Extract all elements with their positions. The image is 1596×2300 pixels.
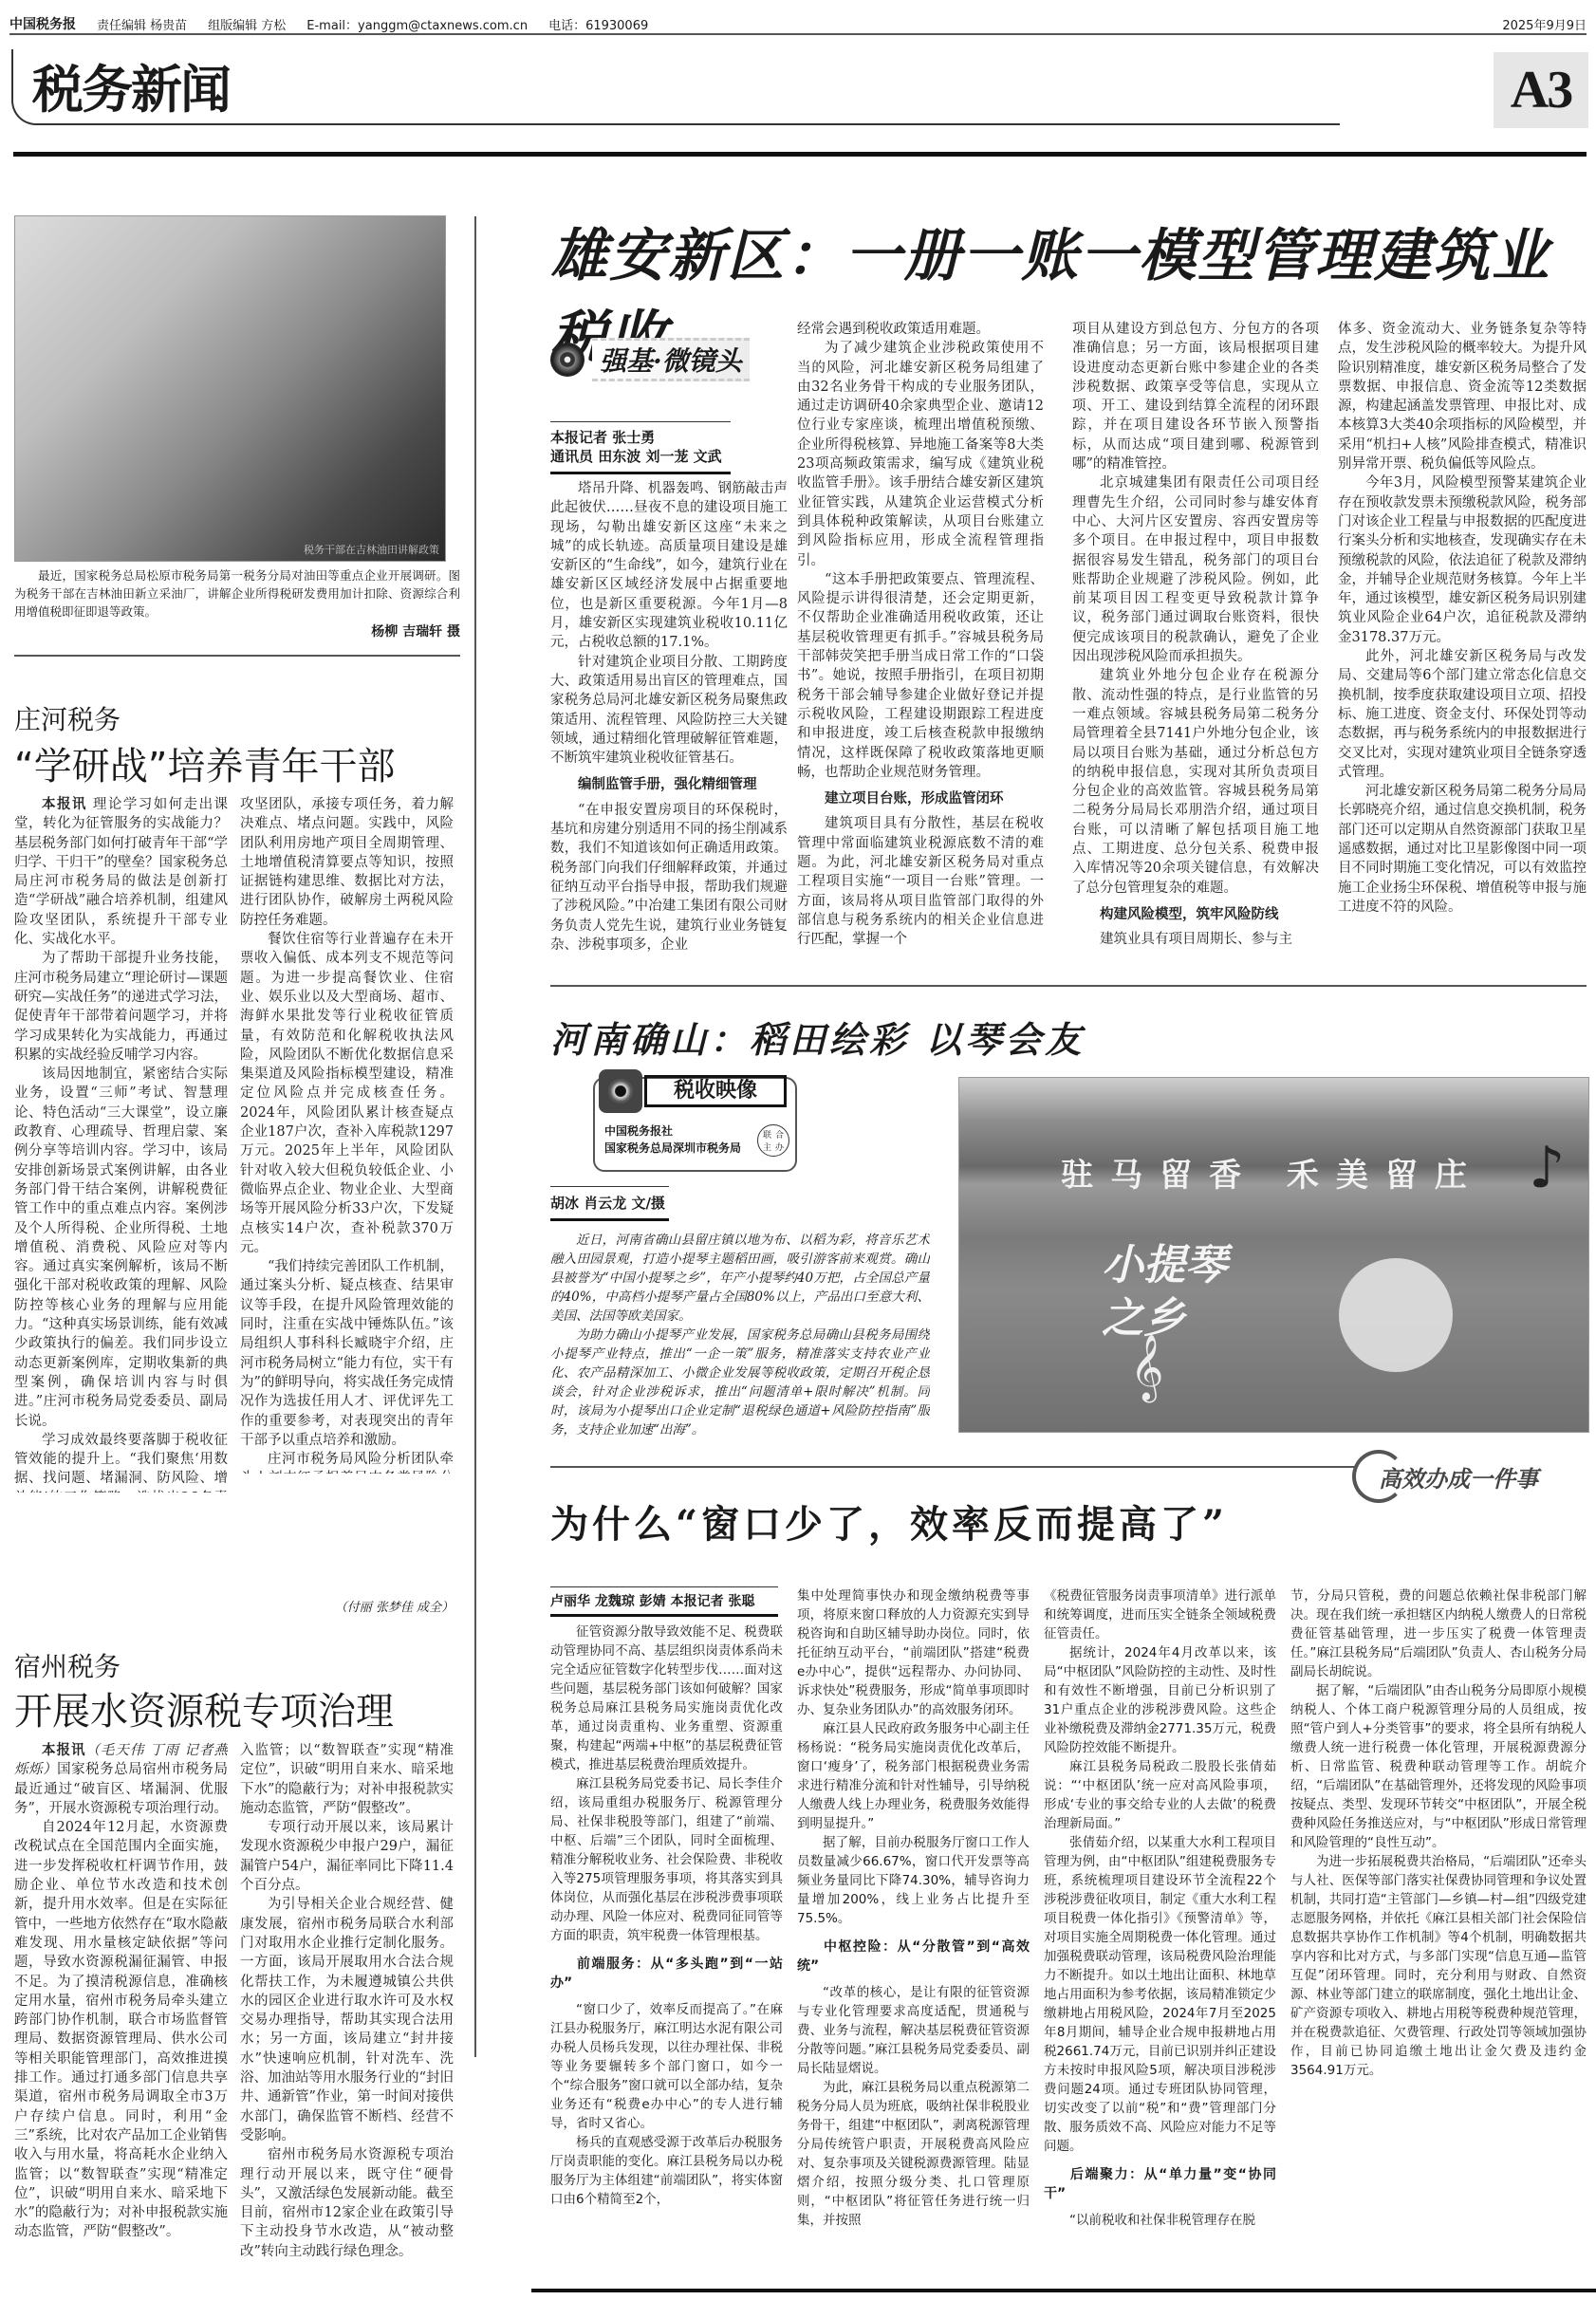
subhead: 构建风险模型，筑牢风险防线	[1072, 905, 1319, 924]
suzhou-col-1: 本报讯（毛天伟 丁雨 记者燕烁烁）国家税务总局宿州市税务局最近通过“破盲区、堵漏…	[14, 1741, 228, 2287]
photo-violin-rice-field: 驻马留香 禾美留庄 小提琴之乡 ♪ 𝄞	[958, 1077, 1589, 1433]
henan-body: 近日，河南省确山县留庄镇以地为布、以稻为彩，将音乐艺术融入田园景观，打造小提琴主…	[550, 1231, 930, 1449]
divider	[550, 1466, 1357, 1468]
article-headline-xiongan[interactable]: 雄安新区：一册一账一模型管理建筑业税收	[550, 211, 1594, 292]
music-note-icon: ♪	[1529, 1135, 1565, 1201]
article-kicker-suzhou: 宿州税务	[14, 1646, 121, 1684]
xiongan-col-2: 经常会遇到税收政策适用难题。 为了减少建筑企业涉税政策使用不当的风险，河北雄安新…	[797, 320, 1044, 973]
column-logo-shuishou-yingxiang: 税收映像 中国税务报社 国家税务总局深圳市税务局 联 合 主 办	[593, 1077, 797, 1172]
bottom-rule	[531, 2289, 1596, 2292]
field-slogan: 小提琴之乡	[1102, 1239, 1234, 1345]
zhuanghe-col-2: 攻坚团队，承接专项任务，着力解决难点、堵点问题。实践中，风险团队利用房地产项目全…	[240, 795, 454, 1474]
subhead: 编制监管手册，强化精细管理	[550, 775, 788, 794]
majiang-col-4: 节，分局只管税，费的问题总依赖社保非税部门解决。现在我们统一承担辖区内纳税人缴费…	[1290, 1586, 1587, 2287]
co-host-seal: 联 合 主 办	[757, 1124, 789, 1157]
violinist-figure	[1339, 1258, 1453, 1372]
majiang-col-2: 集中处理简事快办和现金缴纳税费等事项，将原来窗口释放的人力资源充实到导税咨询和自…	[797, 1586, 1030, 2287]
page-number: A3	[1494, 52, 1588, 128]
article-headline-henan[interactable]: 河南确山：稻田绘彩 以琴会友	[550, 1011, 1309, 1067]
treble-clef-icon: 𝄞	[1130, 1334, 1163, 1400]
editor-credit: 责任编辑 杨贵苗	[97, 15, 187, 33]
zhuanghe-signoff: （付丽 张梦佳 成全）	[240, 1597, 454, 1615]
byline-majiang: 卢丽华 龙魏琼 彭婧 本报记者 张聪	[550, 1586, 778, 1617]
divider	[14, 655, 460, 657]
contact-phone: 电话：61930069	[548, 15, 648, 33]
majiang-col-1: 征管资源分散导致效能不足、税费联动管理协同不高、基层组织岗责体系尚未完全适应征管…	[550, 1623, 783, 2287]
suzhou-col-2: 入监管；以“数智联查”实现“精准定位”，识破“明用自来水、暗采地下水”的隐蔽行为…	[240, 1741, 454, 2287]
article-headline-zhuanghe[interactable]: “学研战”培养青年干部	[14, 736, 395, 790]
column-separator	[474, 216, 476, 2057]
column-badge: 高效办成一件事	[1352, 1447, 1589, 1506]
photo-tax-officers: 税务干部在吉林油田讲解政策	[14, 215, 446, 562]
photo-credit: 杨柳 吉瑞轩 摄	[14, 621, 460, 640]
article-kicker-zhuanghe: 庄河税务	[14, 699, 121, 737]
column-logo-qiangji: 强基·微镜头	[550, 337, 778, 382]
xiongan-col-3: 项目从建设方到总包方、分包方的各项准确信息；另一方面，该局根据项目建设进度动态更…	[1072, 320, 1319, 973]
majiang-col-3: 《税费征管服务岗责事项清单》进行派单和统筹调度，进而压实全链条全领域税费征管责任…	[1044, 1586, 1276, 2287]
layout-editor-credit: 组版编辑 方松	[208, 15, 286, 33]
byline-xiongan: 本报记者 张士勇 通讯员 田东波 刘一茏 文武	[550, 421, 731, 474]
contact-email[interactable]: E-mail：yanggm@ctaxnews.com.cn	[306, 15, 528, 33]
xiongan-col-4: 体多、资金流动大、业务链条复杂等特点，发生涉税风险的概率较大。为提升风险识别精准…	[1338, 320, 1587, 973]
section-title: 税务新闻	[32, 49, 230, 122]
subhead: 建立项目台账，形成监管闭环	[797, 789, 1044, 808]
film-reel-icon	[550, 343, 585, 377]
article-headline-majiang[interactable]: 为什么“窗口少了，效率反而提高了”	[550, 1494, 1234, 1551]
section-header: 税务新闻	[11, 49, 1340, 125]
xiongan-col-1: 塔吊升降、机器轰鸣、钢筋敲击声此起彼伏……昼夜不息的建设项目施工现场，勾勒出雄安…	[550, 479, 788, 973]
article-headline-suzhou[interactable]: 开展水资源税专项治理	[14, 1681, 394, 1735]
camera-icon	[599, 1069, 642, 1113]
divider	[550, 985, 1587, 987]
field-text: 驻马留香 禾美留庄	[978, 1149, 1567, 1196]
header-thick-rule	[13, 152, 1587, 157]
issue-date: 2025年9月9日	[1502, 15, 1587, 33]
photo-caption: 最近，国家税务总局松原市税务局第一税务分局对油田等重点企业开展调研。图为税务干部…	[14, 566, 460, 621]
paper-name: 中国税务报	[9, 14, 76, 33]
zhuanghe-col-1: 本报讯 理论学习如何走出课堂，转化为征管服务的实战能力？基层税务部门如何打破青年…	[14, 795, 228, 1493]
masthead: 中国税务报 责任编辑 杨贵苗 组版编辑 方松 E-mail：yanggm@cta…	[9, 13, 1587, 34]
masthead-rule	[9, 33, 1587, 35]
byline-henan: 胡冰 肖云龙 文/摄	[550, 1186, 669, 1221]
